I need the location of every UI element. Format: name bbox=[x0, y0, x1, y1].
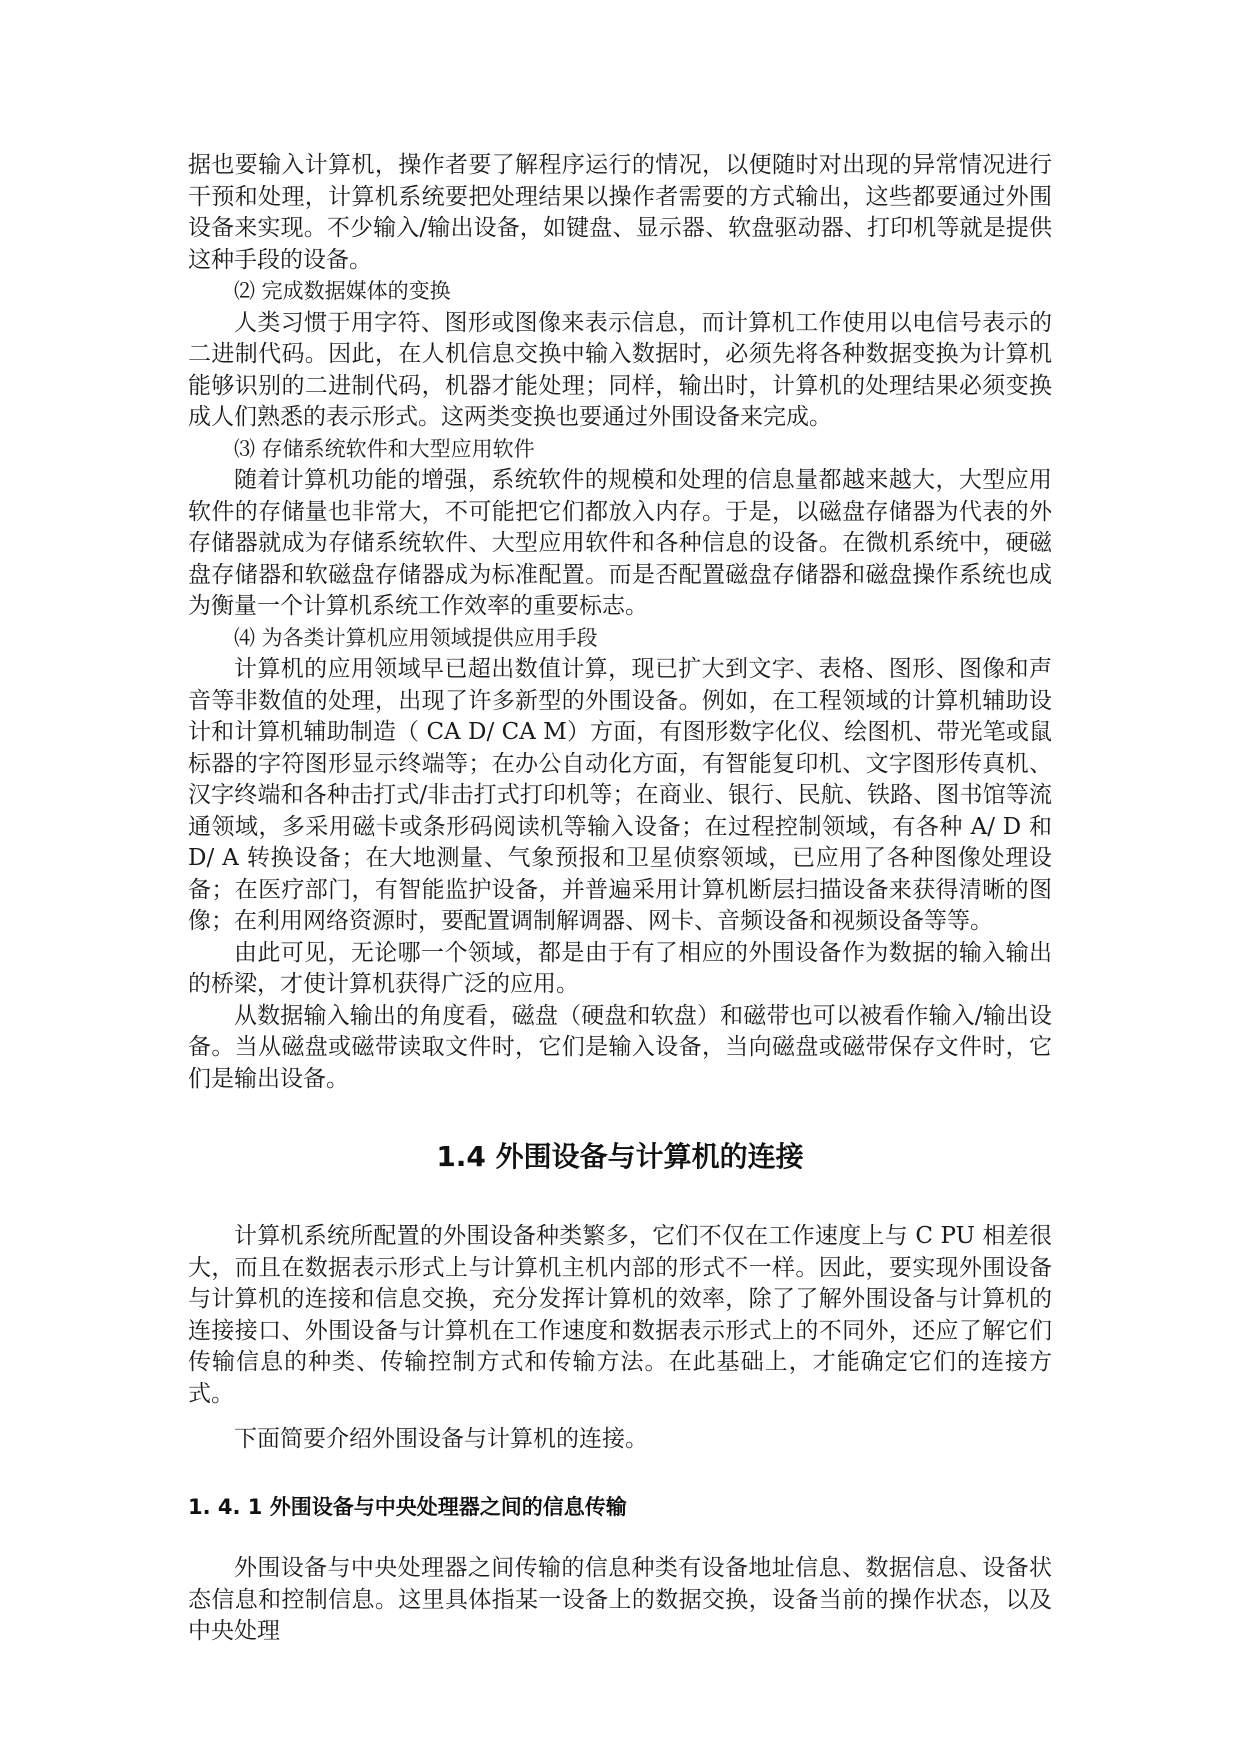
paragraph-io-intro: 据也要输入计算机，操作者要了解程序运行的情况，以便随时对出现的异常情况进行干预和… bbox=[188, 150, 1052, 276]
paragraph-application-fields: 计算机的应用领域早已超出数值计算，现已扩大到文字、表格、图形、图像和声音等非数值… bbox=[188, 654, 1052, 938]
list-item-2-heading: ⑵ 完成数据媒体的变换 bbox=[188, 276, 1052, 308]
paragraph-conclusion: 由此可见，无论哪一个领域，都是由于有了相应的外围设备作为数据的输入输出的桥梁，才… bbox=[188, 938, 1052, 1001]
paragraph-subsection-body: 外围设备与中央处理器之间传输的信息种类有设备地址信息、数据信息、设备状态信息和控… bbox=[188, 1553, 1052, 1648]
paragraph-media-conversion: 人类习惯于用字符、图形或图像来表示信息，而计算机工作使用以电信号表示的二进制代码… bbox=[188, 308, 1052, 434]
paragraph-disk-tape: 从数据输入输出的角度看，磁盘（硬盘和软盘）和磁带也可以被看作输入/输出设备。当从… bbox=[188, 1001, 1052, 1096]
subsection-heading: 1. 4. 1 外围设备与中央处理器之间的信息传输 bbox=[188, 1492, 1052, 1524]
paragraph-section-intro: 计算机系统所配置的外围设备种类繁多，它们不仅在工作速度上与 C PU 相差很大，… bbox=[188, 1221, 1052, 1410]
section-heading: 1.4 外围设备与计算机的连接 bbox=[188, 1137, 1052, 1177]
paragraph-storage: 随着计算机功能的增强，系统软件的规模和处理的信息量都越来越大，大型应用软件的存储… bbox=[188, 465, 1052, 623]
document-page: 据也要输入计算机，操作者要了解程序运行的情况，以便随时对出现的异常情况进行干预和… bbox=[188, 150, 1052, 1648]
paragraph-section-lead: 下面简要介绍外围设备与计算机的连接。 bbox=[188, 1424, 1052, 1456]
spacer bbox=[188, 1410, 1052, 1424]
list-item-4-heading: ⑷ 为各类计算机应用领域提供应用手段 bbox=[188, 623, 1052, 655]
list-item-3-heading: ⑶ 存储系统软件和大型应用软件 bbox=[188, 434, 1052, 466]
